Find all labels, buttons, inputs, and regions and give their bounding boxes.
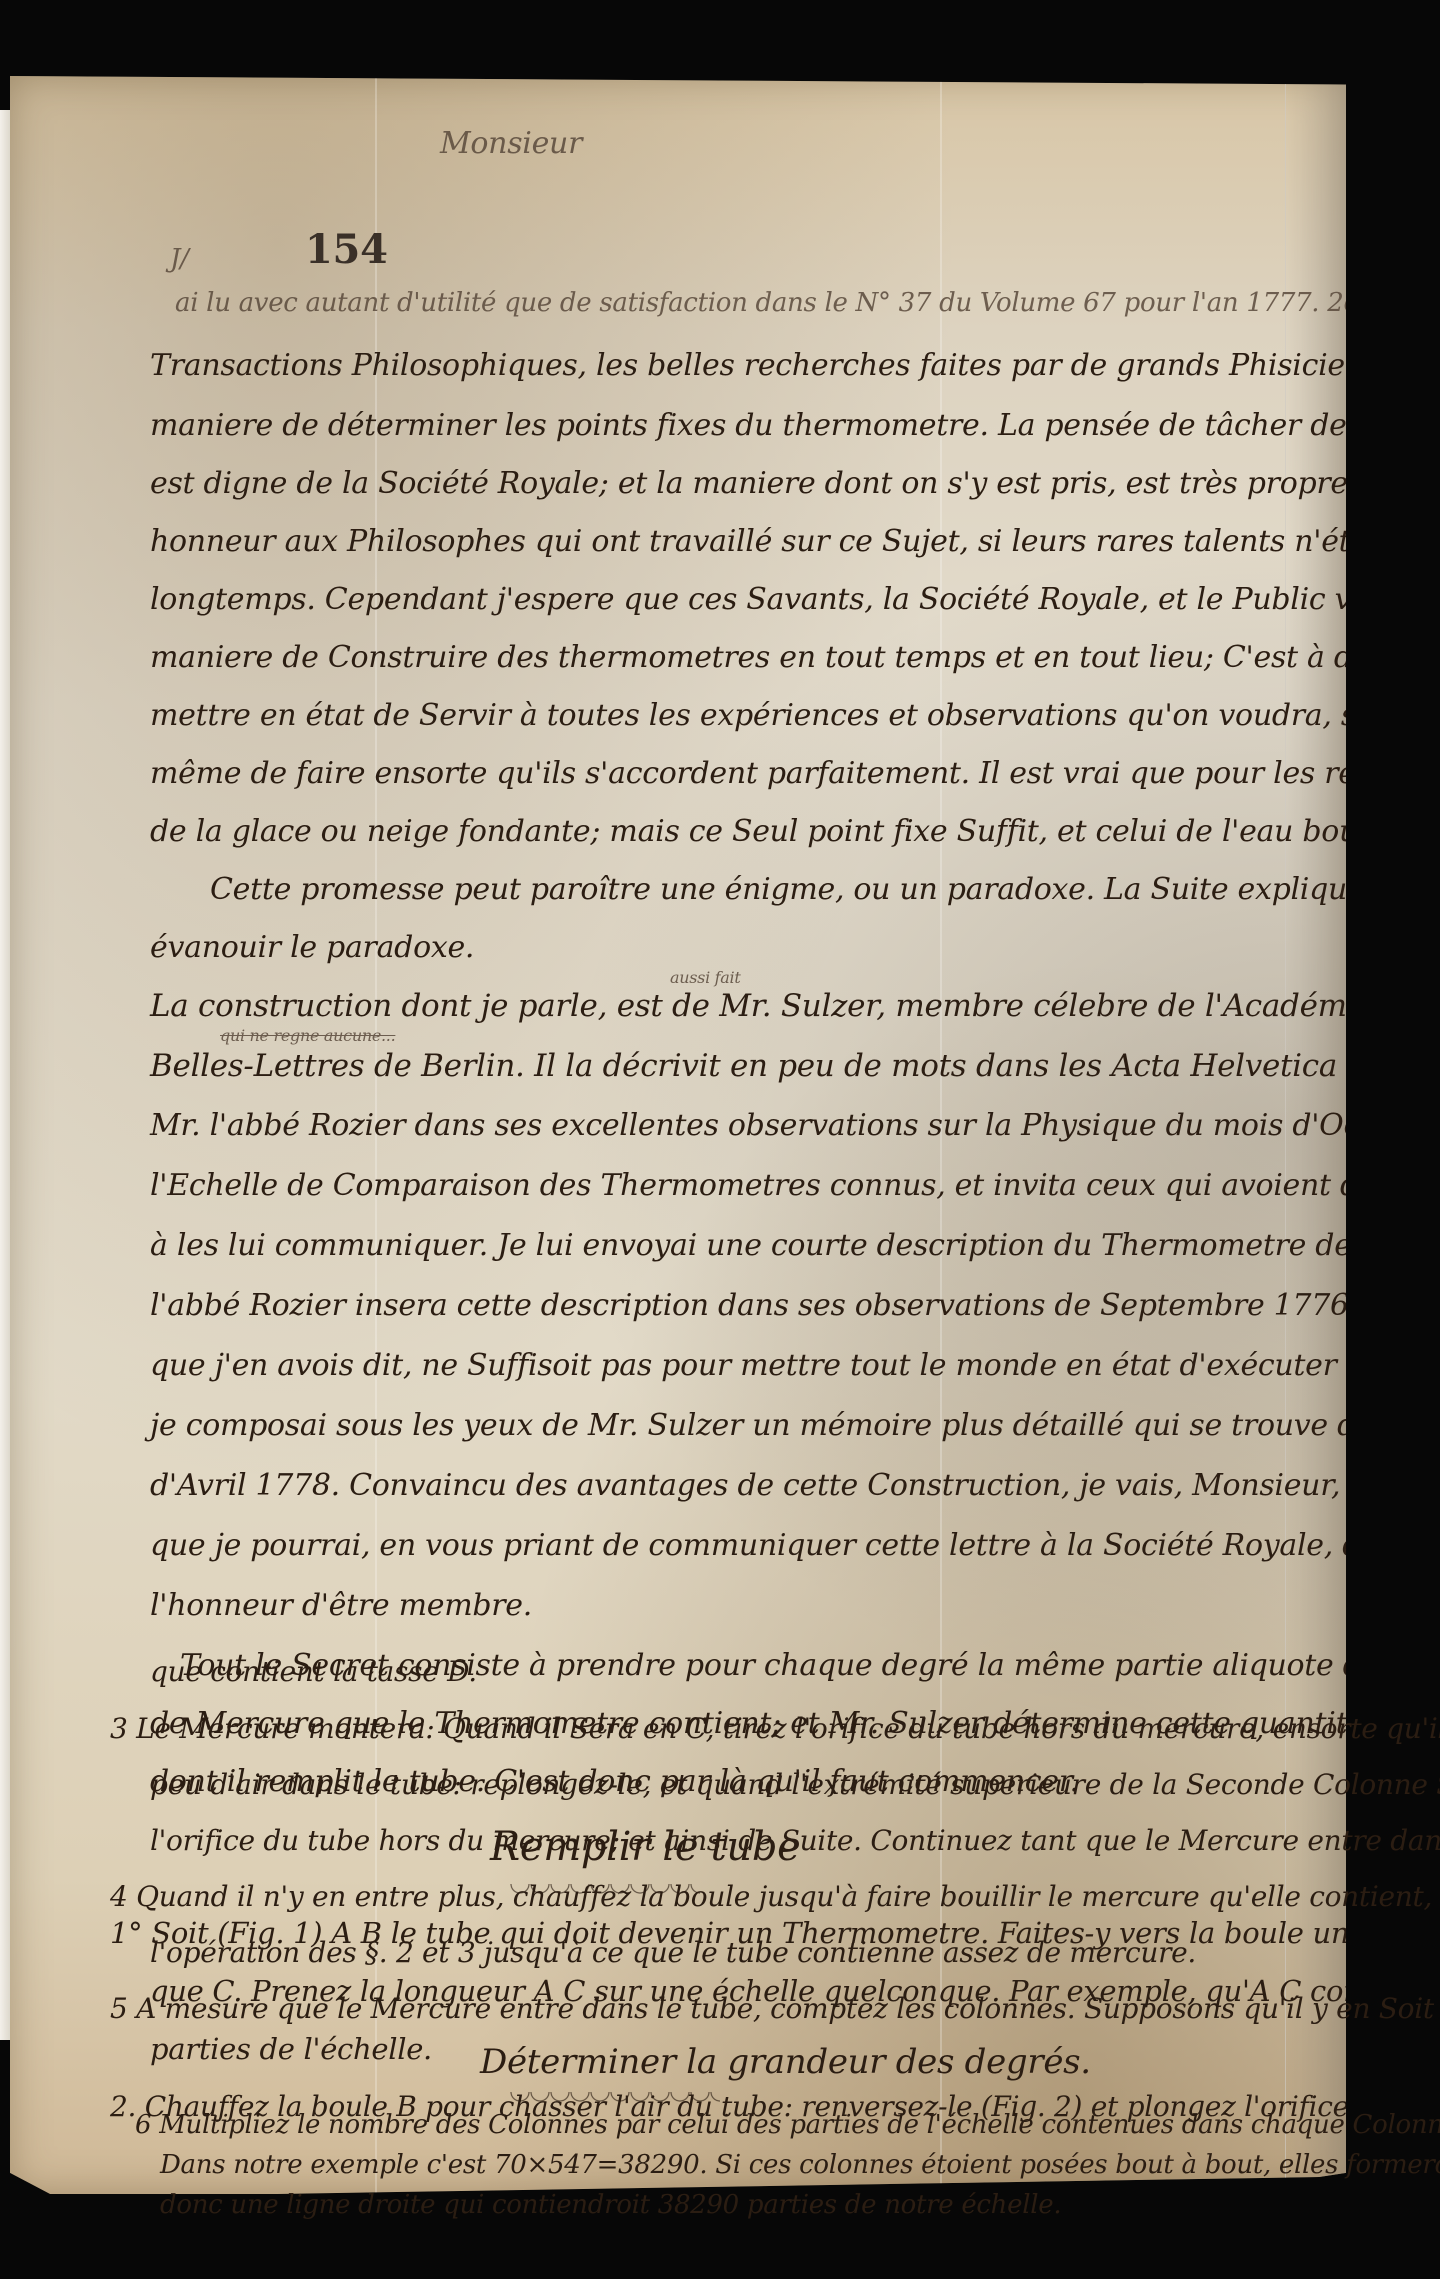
step-line: parties de l'échelle. <box>150 2032 432 2066</box>
body-line: même de faire ensorte qu'ils s'accordent… <box>150 756 1440 791</box>
struck-text: qui ne regne aucune... <box>220 1026 395 1045</box>
body-line: Transactions Philosophiques, les belles … <box>150 348 1440 383</box>
step-line: Dans notre exemple c'est 70×547=38290. S… <box>160 2150 1440 2180</box>
step-line: 3 Le Mercure montera: Quand il Sera en C… <box>110 1712 1440 1745</box>
step-line: que contient la tasse D. <box>150 1655 477 1688</box>
heading-flourish <box>510 2092 720 2112</box>
body-line: l'honneur d'être membre. <box>150 1588 532 1623</box>
body-line: La construction dont je parle, est de Mr… <box>150 988 1440 1024</box>
folio-number: 154 <box>305 226 388 273</box>
body-line: l'abbé Rozier insera cette description d… <box>150 1288 1440 1323</box>
body-line: je composai sous les yeux de Mr. Sulzer … <box>150 1408 1440 1443</box>
body-line: maniere de déterminer les points fixes d… <box>150 408 1440 443</box>
step-line: donc une ligne droite qui contiendroit 3… <box>160 2190 1061 2220</box>
body-line: que j'en avois dit, ne Suffisoit pas pou… <box>150 1348 1440 1383</box>
body-line: l'Echelle de Comparaison des Thermometre… <box>150 1168 1440 1203</box>
body-line: mettre en état de Servir à toutes les ex… <box>150 698 1440 733</box>
body-line: Mr. l'abbé Rozier dans ses excellentes o… <box>150 1108 1440 1143</box>
body-line: longtemps. Cependant j'espere que ces Sa… <box>150 582 1440 617</box>
margin-mark: J/ <box>170 244 189 274</box>
step-line: l'opération des §. 2 et 3 jusqu'à ce que… <box>150 1936 1196 1969</box>
interlinear-insert: aussi fait <box>670 968 740 987</box>
step-line: l'orifice du tube hors du mercure; et ai… <box>150 1824 1440 1857</box>
body-line: maniere de Construire des thermometres e… <box>150 640 1440 675</box>
step-line: 4 Quand il n'y en entre plus, chauffez l… <box>110 1880 1440 1913</box>
body-line: évanouir le paradoxe. <box>150 930 474 965</box>
body-line: Cette promesse peut paroître une énigme,… <box>210 872 1440 907</box>
body-line: que je pourrai, en vous priant de commun… <box>150 1528 1440 1563</box>
manuscript-page: Monsieur 154 J/ ai lu avec autant d'util… <box>10 76 1346 2194</box>
salutation: Monsieur <box>440 126 582 161</box>
body-line: d'Avril 1778. Convaincu des avantages de… <box>150 1468 1440 1503</box>
step-line: 5 A mesure que le Mercure entre dans le … <box>110 1992 1440 2025</box>
body-line: à les lui communiquer. Je lui envoyai un… <box>150 1228 1440 1263</box>
step-line: peu d'air dans le tube: replongez-le, et… <box>150 1768 1440 1801</box>
body-line: Belles-Lettres de Berlin. Il la décrivit… <box>150 1048 1440 1084</box>
body-line: de la glace ou neige fondante; mais ce S… <box>150 814 1440 849</box>
step-line: 6 Multipliez le nombre des Colonnes par … <box>135 2110 1440 2140</box>
body-line: honneur aux Philosophes qui ont travaill… <box>150 524 1440 559</box>
body-line: ai lu avec autant d'utilité que de satis… <box>175 288 1440 318</box>
body-line: est digne de la Société Royale; et la ma… <box>150 466 1440 501</box>
section-heading-degree-size: Déterminer la grandeur des degrés. <box>480 2042 1091 2082</box>
